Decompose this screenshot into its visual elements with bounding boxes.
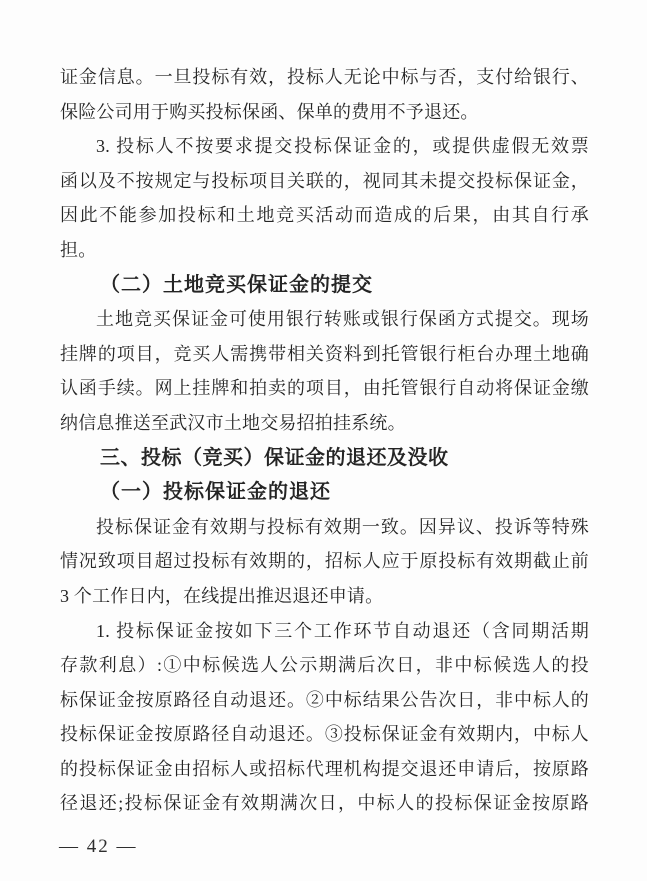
section-heading: （二）土地竞买保证金的提交 [60,268,589,303]
text-line: 担。 [60,233,589,268]
text-line: 1. 投标保证金按如下三个工作环节自动退还（含同期活期 [60,614,589,649]
text-line: 纳信息推送至武汉市土地交易招拍挂系统。 [60,406,589,441]
text-line: 3 个工作日内，在线提出推迟退还申请。 [60,579,589,614]
text-line: 投标保证金按原路径自动退还。③投标保证金有效期内，中标人 [60,717,589,752]
text-line: 投标保证金有效期与投标有效期一致。因异议、投诉等特殊 [60,510,589,545]
text-line: 函以及不按规定与投标项目关联的，视同其未提交投标保证金， [60,164,589,199]
text-line: 存款利息）:①中标候选人公示期满后次日，非中标候选人的投 [60,648,589,683]
text-line: 情况致项目超过投标有效期的，招标人应于原投标有效期截止前 [60,544,589,579]
text-line: 径退还;投标保证金有效期满次日，中标人的投标保证金按原路 [60,786,589,821]
text-line: 因此不能参加投标和土地竞买活动而造成的后果，由其自行承 [60,198,589,233]
text-line: 的投标保证金由招标人或招标代理机构提交退还申请后，按原路 [60,752,589,787]
document-body: 证金信息。一旦投标有效，投标人无论中标与否，支付给银行、保险公司用于购买投标保函… [60,60,589,821]
text-line: 证金信息。一旦投标有效，投标人无论中标与否，支付给银行、 [60,60,589,95]
document-page: 证金信息。一旦投标有效，投标人无论中标与否，支付给银行、保险公司用于购买投标保函… [0,0,647,881]
text-line: 认函手续。网上挂牌和拍卖的项目，由托管银行自动将保证金缴 [60,371,589,406]
text-line: 3. 投标人不按要求提交投标保证金的，或提供虚假无效票 [60,129,589,164]
text-line: 土地竞买保证金可使用银行转账或银行保函方式提交。现场 [60,302,589,337]
section-heading: （一）投标保证金的退还 [60,475,589,510]
text-line: 挂牌的项目，竞买人需携带相关资料到托管银行柜台办理土地确 [60,337,589,372]
page-number: — 42 — [59,836,138,858]
text-line: 保险公司用于购买投标保函、保单的费用不予退还。 [60,95,589,130]
section-heading: 三、投标（竞买）保证金的退还及没收 [60,441,589,476]
text-line: 标保证金按原路径自动退还。②中标结果公告次日，非中标人的 [60,683,589,718]
